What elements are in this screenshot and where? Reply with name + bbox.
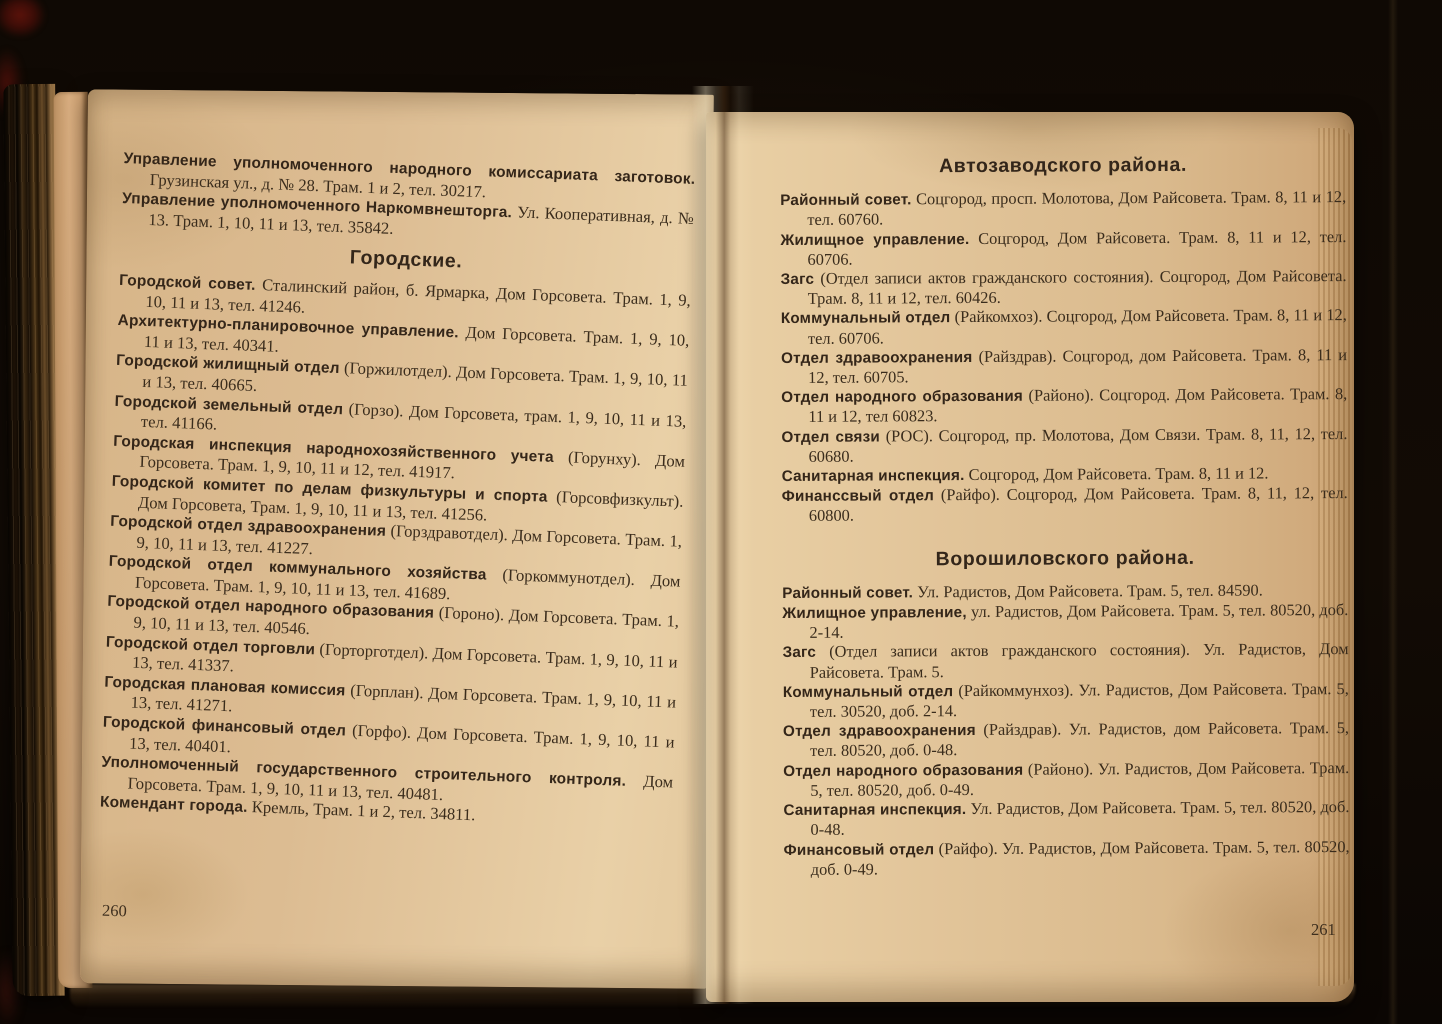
page-number-right: 261 [1311,920,1336,940]
entry-lead: Санитарная инспекция. [783,801,966,819]
directory-entry: Жилищное управление, ул. Радистов, Дом Р… [782,600,1348,642]
entry-lead: Отдел здравоохранения [781,349,972,367]
page-number-left: 260 [102,901,127,922]
entry-rest: (РОС). Соцгород, пр. Молотова, Дом Связи… [809,424,1348,466]
entry-rest: Ул. Радистов, Дом Райсовета. Трам. 5, те… [917,580,1263,601]
directory-entry: Отдел народного образования (Районо). Ул… [783,758,1349,800]
entry-lead: Отдел народного образования [783,761,1023,779]
directory-entry: Загс (Отдел записи актов гражданского со… [783,639,1349,681]
directory-entry: Финансовый отдел (Райфо). Ул. Радистов, … [784,837,1350,879]
entry-lead: Отдел здравоохранения [783,722,976,740]
entry-lead: Финансовый отдел [784,841,935,859]
directory-entry: Отдел народного образования (Районо). Со… [781,384,1347,426]
section-heading-avtozavodsky: Автозаводского района. [780,155,1346,177]
entry-lead: Отдел народного образования [781,388,1023,406]
section-heading-voroshilovsky: Ворошиловского района. [782,548,1348,570]
cover-edge-line [1388,0,1398,1024]
directory-entry: Загс (Отдел записи актов гражданского со… [781,266,1347,308]
entry-rest: (Отдел записи актов гражданского состоян… [810,639,1349,681]
entry-lead: Городской совет. [119,272,256,294]
directory-entry: Санитарная инспекция. Ул. Радистов, Дом … [783,797,1349,839]
directory-entry: Отдел связи (РОС). Соцгород, пр. Молотов… [781,424,1347,466]
entry-lead: Жилищное управление, [782,604,966,622]
cover-red-mark-icon [0,0,46,38]
entry-rest: (Отдел записи актов гражданского состоян… [808,266,1347,308]
entry-lead: Санитарная инспекция. [782,467,965,485]
entry-lead: Загс [783,644,817,661]
entry-lead: Отдел связи [781,428,880,446]
entry-rest: Соцгород, Дом Райсовета. Трам. 8, 11 и 1… [969,463,1269,484]
entry-lead: Коммунальный отдел [781,310,951,328]
directory-entry: Коммунальный отдел (Райкоммунхоз). Ул. Р… [783,679,1349,721]
directory-entry: Районный совет. Соцгород, просп. Молотов… [780,187,1346,229]
directory-entry: Коммунальный отдел (Райкомхоз). Соцгород… [781,305,1347,347]
entry-lead: Комендант города. [100,794,248,816]
entry-lead: Районный совет. [780,192,911,210]
entry-lead: Финанссвый отдел [782,487,934,505]
entry-lead: Загс [781,271,815,288]
directory-entry: Отдел здравоохранения (Райздрав). Ул. Ра… [783,718,1349,760]
entry-lead: Районный совет. [782,584,913,602]
left-page-text: Управление уполномоченного народного ком… [100,148,696,834]
right-page-text: Автозаводского района. Районный совет. С… [780,155,1350,879]
directory-entry: Финанссвый отдел (Райфо). Соцгород, Дом … [782,483,1348,525]
directory-entry: Отдел здравоохранения (Райздрав). Соцгор… [781,345,1347,387]
entry-lead: Коммунальный отдел [783,683,954,701]
entry-lead: Жилищное управление. [780,231,969,249]
book-photo-scene: Управление уполномоченного народного ком… [0,0,1442,1024]
directory-entry: Жилищное управление. Соцгород, Дом Райсо… [780,227,1346,269]
